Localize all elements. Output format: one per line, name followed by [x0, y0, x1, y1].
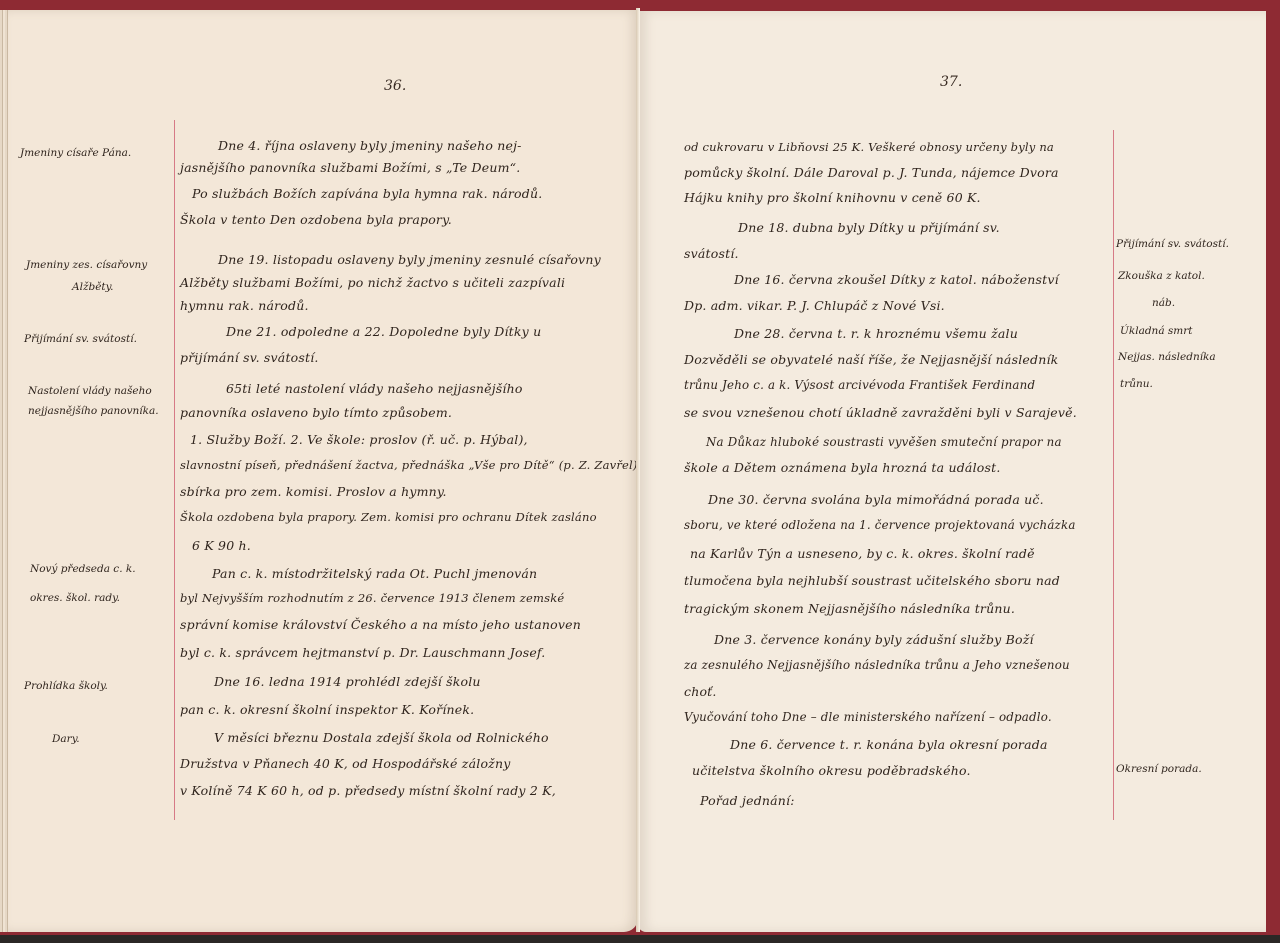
left-page-number: 36.: [384, 78, 406, 94]
text-line: svátostí.: [684, 246, 739, 261]
text-line: tlumočena byla nejhlubší soustrast učite…: [684, 573, 1060, 588]
text-line: Dne 6. července t. r. konána byla okresn…: [730, 737, 1048, 752]
margin-note: Zkouška z katol.: [1118, 270, 1205, 282]
text-line: Dne 16. ledna 1914 prohlédl zdejší školu: [214, 674, 481, 689]
text-line: Pořad jednání:: [700, 793, 795, 808]
text-line: Dne 21. odpoledne a 22. Dopoledne byly D…: [226, 324, 541, 339]
text-line: Dne 28. června t. r. k hroznému všemu ža…: [734, 326, 1018, 341]
text-line: od cukrovaru v Libňovsi 25 K. Veškeré ob…: [684, 140, 1054, 154]
text-line: Dp. adm. vikar. P. J. Chlupáč z Nové Vsi…: [684, 298, 945, 313]
text-line: Škola v tento Den ozdobena byla prapory.: [180, 212, 452, 227]
left-margin-rule: [174, 120, 175, 820]
text-line: trůnu Jeho c. a k. Výsost arcivévoda Fra…: [684, 378, 1035, 392]
margin-note: Prohlídka školy.: [24, 680, 108, 692]
text-line: jasnějšího panovníka službami Božími, s …: [180, 160, 520, 175]
text-line: Dne 18. dubna byly Dítky u přijímání sv.: [738, 220, 1000, 235]
text-line: Na Důkaz hluboké soustrasti vyvěšen smut…: [706, 435, 1062, 449]
text-line: panovníka oslaveno bylo tímto způsobem.: [180, 405, 452, 420]
text-line: Vyučování toho Dne – dle ministerského n…: [684, 710, 1052, 724]
text-line: Dozvěděli se obyvatelé naší říše, že Nej…: [684, 352, 1058, 367]
text-line: Alžběty službami Božími, po nichž žactvo…: [180, 275, 565, 290]
text-line: tragickým skonem Nejjasnějšího následník…: [684, 601, 1015, 616]
text-line: byl Nejvyšším rozhodnutím z 26. července…: [180, 591, 564, 605]
margin-note: trůnu.: [1120, 378, 1153, 390]
margin-note: Nový předseda c. k.: [30, 563, 136, 575]
text-line: pan c. k. okresní školní inspektor K. Ko…: [180, 702, 474, 717]
text-line: na Karlův Týn a usneseno, by c. k. okres…: [690, 546, 1035, 561]
margin-note: okres. škol. rady.: [30, 592, 120, 604]
text-line: Škola ozdobena byla prapory. Zem. komisi…: [180, 510, 597, 524]
text-line: správní komise království Českého a na m…: [180, 617, 581, 632]
margin-note: nejjasnějšího panovníka.: [28, 405, 159, 417]
text-line: Dne 30. června svolána byla mimořádná po…: [708, 492, 1044, 507]
text-line: choť.: [684, 684, 717, 699]
text-line: za zesnulého Nejjasnějšího následníka tr…: [684, 658, 1070, 672]
right-page-number: 37.: [940, 74, 962, 90]
text-line: škole a Dětem oznámena byla hrozná ta ud…: [684, 460, 1001, 475]
margin-note: Jmeniny zes. císařovny: [26, 259, 147, 271]
text-line: 1. Služby Boží. 2. Ve škole: proslov (ř.…: [190, 432, 528, 447]
text-line: Dne 4. října oslaveny byly jmeniny našeh…: [218, 138, 522, 153]
margin-note: Nastolení vlády našeho: [28, 385, 152, 397]
text-line: učitelstva školního okresu poděbradského…: [692, 763, 971, 778]
text-line: Dne 19. listopadu oslaveny byly jmeniny …: [218, 252, 601, 267]
text-line: pomůcky školní. Dále Daroval p. J. Tunda…: [684, 165, 1059, 180]
text-line: se svou vznešenou chotí úkladně zavraždě…: [684, 405, 1077, 420]
text-line: Dne 16. června zkoušel Dítky z katol. ná…: [734, 272, 1059, 287]
text-line: 6 K 90 h.: [192, 538, 251, 553]
text-line: byl c. k. správcem hejtmanství p. Dr. La…: [180, 645, 545, 660]
text-line: Pan c. k. místodržitelský rada Ot. Puchl…: [212, 566, 537, 581]
margin-note: Okresní porada.: [1116, 763, 1202, 775]
text-line: Po službách Božích zapívána byla hymna r…: [192, 186, 542, 201]
text-line: Družstva v Pňanech 40 K, od Hospodářské …: [180, 756, 510, 771]
margin-note: Dary.: [52, 733, 80, 745]
text-line: sbírka pro zem. komisi. Proslov a hymny.: [180, 484, 447, 499]
text-line: Dne 3. července konány byly zádušní služ…: [714, 632, 1034, 647]
margin-note: Úkladná smrt: [1120, 325, 1193, 337]
book-gutter: [636, 8, 640, 932]
margin-note: Jmeniny císaře Pána.: [20, 147, 131, 159]
text-line: slavnostní píseň, přednášení žactva, pře…: [180, 458, 638, 472]
margin-note: náb.: [1152, 297, 1175, 309]
text-line: hymnu rak. národů.: [180, 298, 309, 313]
text-line: přijímání sv. svátostí.: [180, 350, 319, 365]
text-line: V měsíci březnu Dostala zdejší škola od …: [214, 730, 549, 745]
text-line: Hájku knihy pro školní knihovnu v ceně 6…: [684, 190, 981, 205]
margin-note: Nejjas. následníka: [1118, 351, 1216, 363]
right-margin-rule: [1113, 130, 1114, 820]
text-line: 65ti leté nastolení vlády našeho nejjasn…: [226, 381, 523, 396]
text-line: sboru, ve které odložena na 1. července …: [684, 518, 1076, 532]
margin-note: Alžběty.: [72, 281, 114, 293]
margin-note: Přijímání sv. svátostí.: [1116, 238, 1229, 250]
margin-note: Přijímání sv. svátostí.: [24, 333, 137, 345]
text-line: v Kolíně 74 K 60 h, od p. předsedy místn…: [180, 783, 556, 798]
